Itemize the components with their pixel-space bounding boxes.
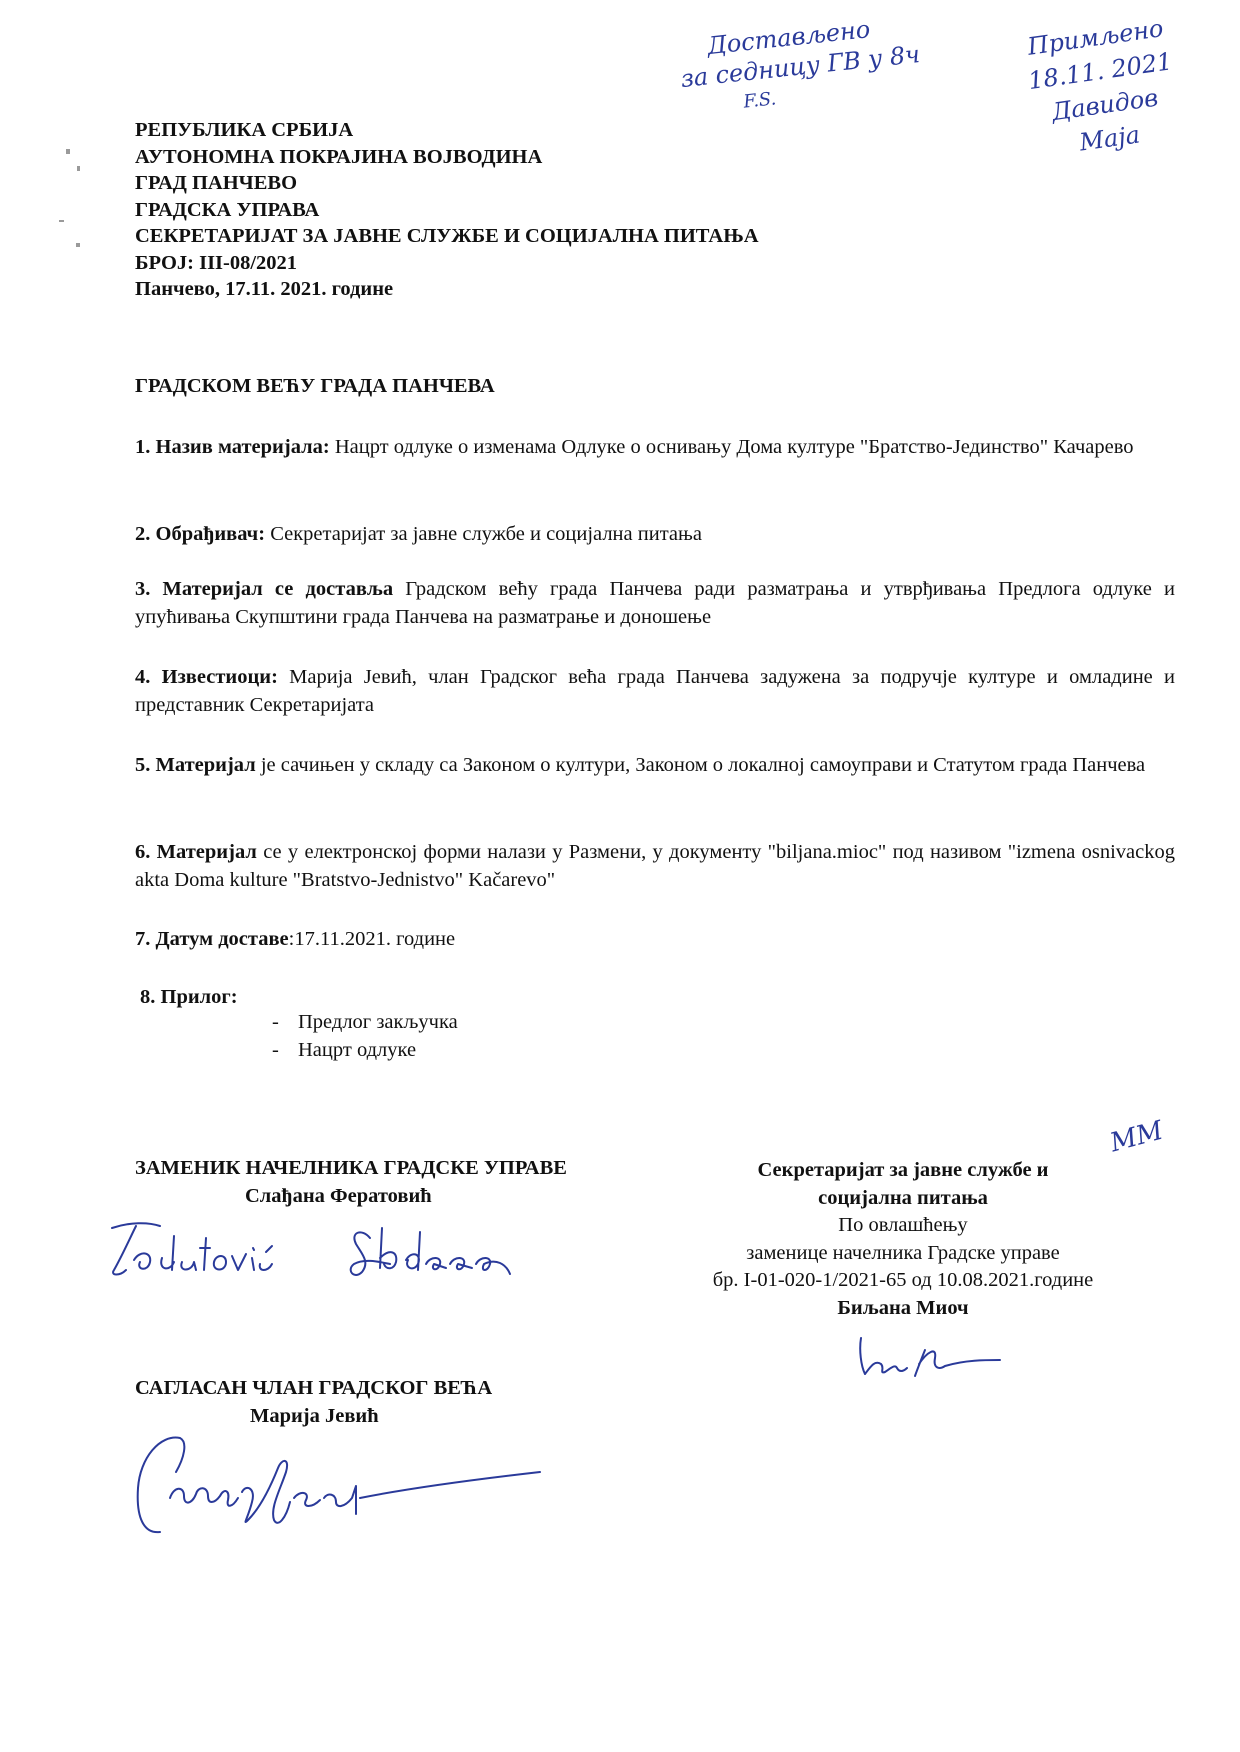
addressee: ГРАДСКОМ ВЕЋУ ГРАДА ПАНЧЕВА [135,375,495,398]
header-date: Панчево, 17.11. 2021. године [135,276,759,303]
scan-artifact [76,243,80,247]
handwritten-initials: ММ [1107,1116,1166,1159]
item-rapporteurs: 4. Известиоци: Марија Јевић, члан Градск… [135,663,1175,719]
item-text: Нацрт одлуке о изменама Одлуке о оснивањ… [330,436,1134,458]
item-delivery-date: 7. Датум доставе:17.11.2021. године [135,925,1175,953]
signatory-name: Слађана Фератовић [135,1182,567,1210]
handwritten-signature [855,1330,1005,1380]
item-text: :17.11.2021. године [289,928,455,950]
document-header: РЕПУБЛИКА СРБИЈА АУТОНОМНА ПОКРАЈИНА ВОЈ… [135,117,759,303]
signature-block-deputy-head: ЗАМЕНИК НАЧЕЛНИКА ГРАДСКЕ УПРАВЕ Слађана… [135,1154,567,1210]
header-administration: ГРАДСКА УПРАВА [135,197,759,224]
item-label: 1. Назив материјала: [135,436,330,458]
authorization-line: заменице начелника Градске управе [648,1240,1158,1268]
signatory-title: САГЛАСАН ЧЛАН ГРАДСКОГ ВЕЋА [135,1374,492,1402]
attachments-list: Предлог закључка Нацрт одлуке [272,1008,458,1064]
header-number: БРОЈ: III-08/2021 [135,250,759,277]
handwritten-signature [130,1428,570,1538]
signature-block-council-member: САГЛАСАН ЧЛАН ГРАДСКОГ ВЕЋА Марија Јевић [135,1374,492,1430]
item-label: 8. Прилог: [140,986,238,1008]
header-city: ГРАД ПАНЧЕВО [135,170,759,197]
item-label: 2. Обрађивач: [135,523,265,545]
handwritten-signature [100,1218,580,1288]
header-country: РЕПУБЛИКА СРБИЈА [135,117,759,144]
authorization-line: По овлашћењу [648,1212,1158,1240]
item-electronic-form: 6. Материјал се у електронској форми нал… [135,838,1175,894]
item-label: 7. Датум доставе [135,928,289,950]
attachment-item: Предлог закључка [272,1008,458,1036]
attachment-item: Нацрт одлуке [272,1036,458,1064]
scan-artifact [77,166,80,171]
item-text: је сачињен у складу са Законом о култури… [256,754,1145,776]
item-material-name: 1. Назив материјала: Нацрт одлуке о изме… [135,433,1175,461]
signatory-name: Марија Јевић [135,1402,492,1430]
item-attachments: 8. Прилог: [140,983,1180,1011]
scan-artifact [66,149,70,154]
item-label: 6. Материјал [135,841,257,863]
item-label: 4. Известиоци: [135,666,278,688]
secretariat-line: социјална питања [648,1185,1158,1213]
authorization-reference: бр. I-01-020-1/2021-65 од 10.08.2021.год… [648,1267,1158,1295]
item-legal-basis: 5. Материјал је сачињен у складу са Зако… [135,751,1175,779]
item-text: Секретаријат за јавне службе и социјална… [265,523,702,545]
signatory-title: ЗАМЕНИК НАЧЕЛНИКА ГРАДСКЕ УПРАВЕ [135,1154,567,1182]
header-secretariat: СЕКРЕТАРИЈАТ ЗА ЈАВНЕ СЛУЖБЕ И СОЦИЈАЛНА… [135,223,759,250]
secretariat-line: Секретаријат за јавне службе и [648,1157,1158,1185]
handwritten-delivery-note: Достављено за седницу ГВ у 8ч F.S. [706,9,925,120]
scan-artifact [59,220,64,222]
item-delivery: 3. Материјал се доставља Градском већу г… [135,575,1175,631]
signatory-name: Биљана Миоч [648,1295,1158,1323]
item-text: се у електронској форми налази у Размени… [135,841,1175,891]
item-processor: 2. Обрађивач: Секретаријат за јавне служ… [135,520,1175,548]
header-province: АУТОНОМНА ПОКРАЈИНА ВОЈВОДИНА [135,144,759,171]
signature-block-secretariat: Секретаријат за јавне службе и социјална… [648,1157,1158,1322]
handwritten-received-note: Примљено 18.11. 2021 Давидов Маја [1021,11,1184,166]
item-text: Марија Јевић, члан Градског већа града П… [135,666,1175,716]
item-label: 5. Материјал [135,754,256,776]
item-label: 3. Материјал се доставља [135,578,393,600]
